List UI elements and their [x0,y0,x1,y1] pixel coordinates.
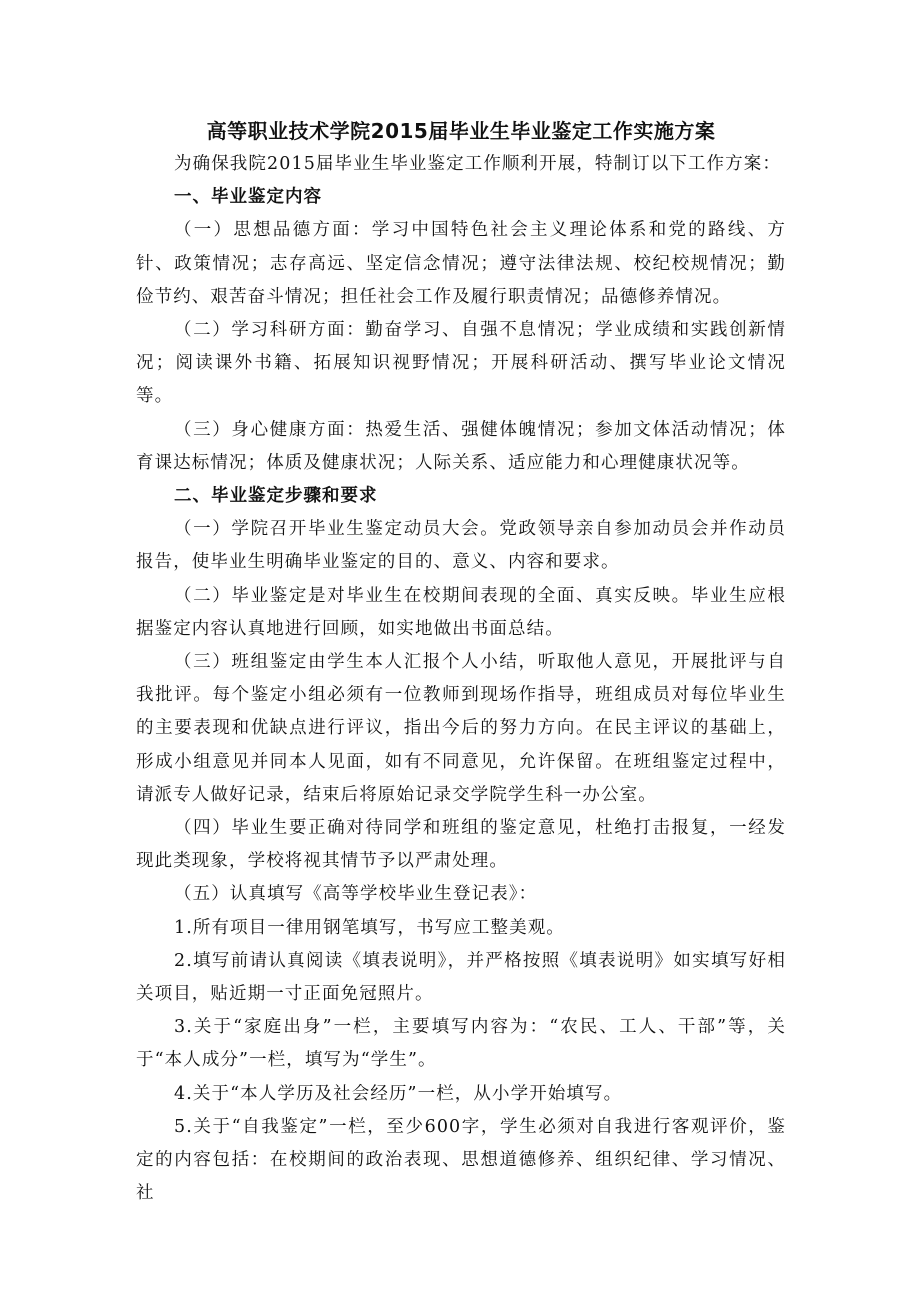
list-item: 1.所有项目一律用钢笔填写，书写应工整美观。 [136,912,786,945]
list-item: 5.关于“自我鉴定”一栏，至少600字，学生必须对自我进行客观评价，鉴定的内容包… [136,1111,786,1211]
paragraph: （三）身心健康方面：热爱生活、强健体魄情况；参加文体活动情况；体育课达标情况；体… [136,414,786,480]
paragraph: （一）学院召开毕业生鉴定动员大会。党政领导亲自参加动员会并作动员报告，使毕业生明… [136,513,786,579]
document-page: 高等职业技术学院2015届毕业生毕业鉴定工作实施方案 为确保我院2015届毕业生… [136,114,786,1211]
section-heading: 二、毕业鉴定步骤和要求 [136,480,786,513]
paragraph: （二）毕业鉴定是对毕业生在校期间表现的全面、真实反映。毕业生应根据鉴定内容认真地… [136,580,786,646]
list-item: 4.关于“本人学历及社会经历”一栏，从小学开始填写。 [136,1078,786,1111]
intro-paragraph: 为确保我院2015届毕业生毕业鉴定工作顺利开展，特制订以下工作方案： [136,148,786,181]
paragraph: （五）认真填写《高等学校毕业生登记表》： [136,878,786,911]
list-item: 3.关于“家庭出身”一栏，主要填写内容为：“农民、工人、干部”等，关于“本人成分… [136,1011,786,1077]
paragraph: （一）思想品德方面：学习中国特色社会主义理论体系和党的路线、方针、政策情况；志存… [136,214,786,314]
document-title: 高等职业技术学院2015届毕业生毕业鉴定工作实施方案 [136,114,786,148]
paragraph: （二）学习科研方面：勤奋学习、自强不息情况；学业成绩和实践创新情况；阅读课外书籍… [136,314,786,414]
list-item: 2.填写前请认真阅读《填表说明》，并严格按照《填表说明》如实填写好相关项目，贴近… [136,945,786,1011]
paragraph: （三）班组鉴定由学生本人汇报个人小结，听取他人意见，开展批评与自我批评。每个鉴定… [136,646,786,812]
section-heading: 一、毕业鉴定内容 [136,181,786,214]
paragraph: （四）毕业生要正确对待同学和班组的鉴定意见，杜绝打击报复，一经发现此类现象，学校… [136,812,786,878]
